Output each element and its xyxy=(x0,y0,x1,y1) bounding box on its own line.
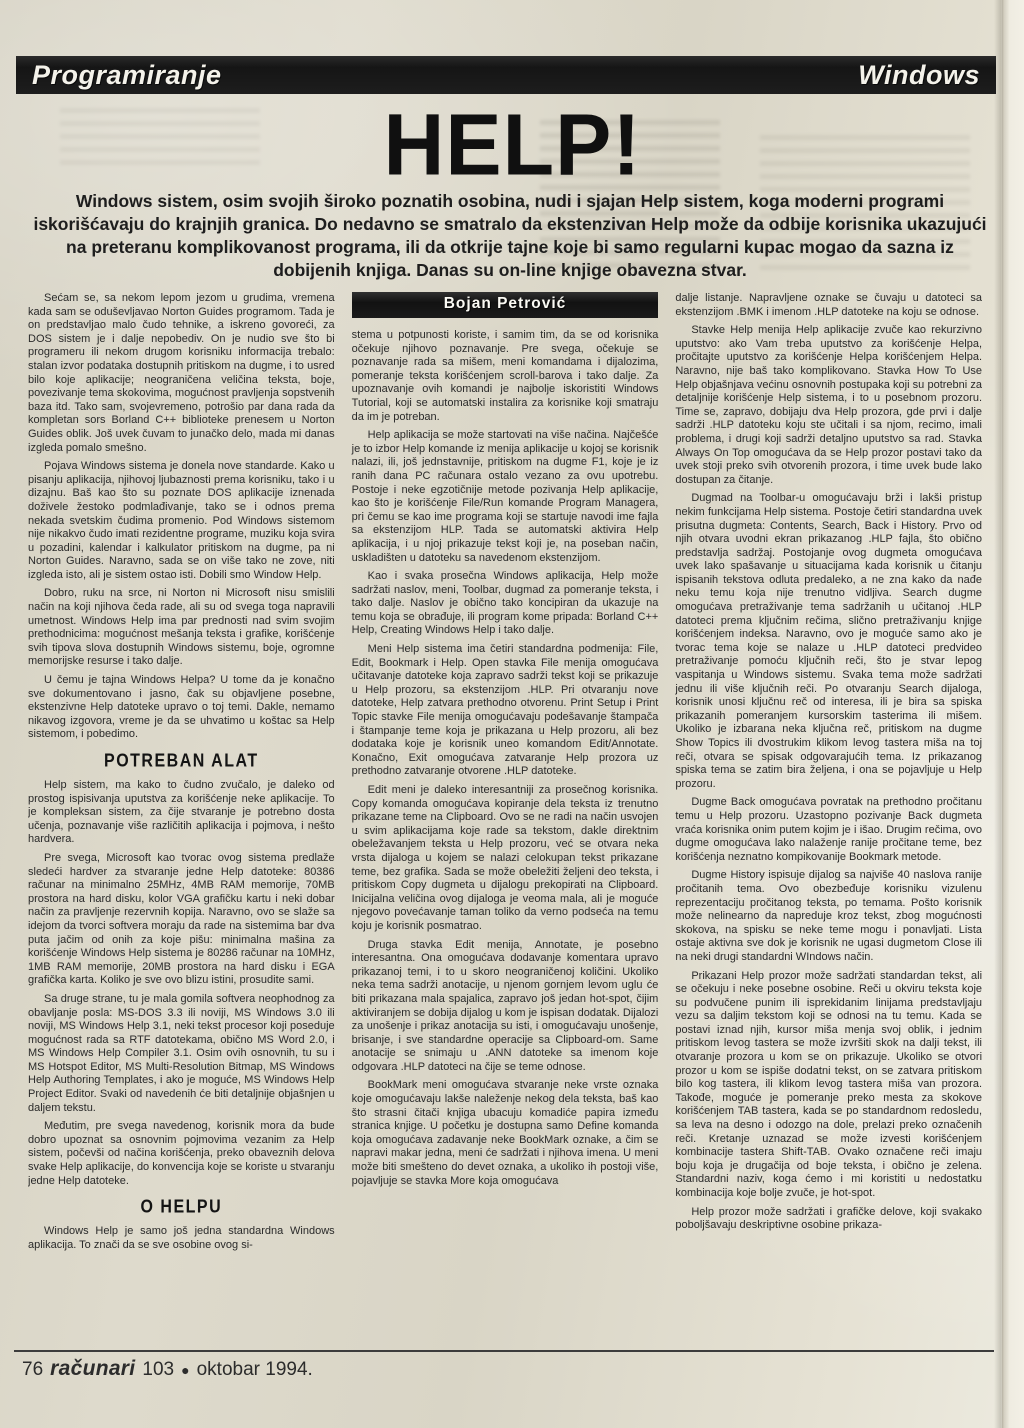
article-title: HELP! xyxy=(383,94,641,196)
magazine-page: Programiranje Windows HELP! Windows sist… xyxy=(0,0,1024,1428)
section-heading: POTREBAN ALAT xyxy=(28,752,335,773)
footer-rule xyxy=(14,1350,994,1352)
issue-number: 103 xyxy=(142,1359,174,1380)
column-right: dalje listanje. Napravljene oznake se ču… xyxy=(675,292,982,1344)
column-middle: Bojan Petrović stema u potpunosti korist… xyxy=(352,292,659,1344)
body-paragraph: BookMark meni omogućava stvaranje neke v… xyxy=(352,1079,659,1188)
header-band: Programiranje Windows xyxy=(16,56,996,94)
body-paragraph: Dugme History ispisuje dijalog sa najviš… xyxy=(675,869,982,964)
title-wrap: HELP! xyxy=(0,94,1024,185)
bullet-separator: ● xyxy=(181,1362,189,1378)
column-middle-text: stema u potpunosti koriste, i samim tim,… xyxy=(352,329,659,1188)
author-byline: Bojan Petrović xyxy=(352,292,659,318)
page-footer: 76računari103●oktobar 1994. xyxy=(22,1357,320,1381)
body-paragraph: Kao i svaka prosečna Windows aplikacija,… xyxy=(352,570,659,638)
body-paragraph: Sećam se, sa nekom lepom jezom u grudima… xyxy=(28,292,335,455)
adjacent-page-edge xyxy=(1002,0,1024,1428)
body-paragraph: Međutim, pre svega navedenog, korisnik m… xyxy=(28,1120,335,1188)
column-left: Sećam se, sa nekom lepom jezom u grudima… xyxy=(28,292,335,1344)
body-paragraph: Help aplikacija se može startovati na vi… xyxy=(352,429,659,565)
body-paragraph: Dugmad na Toolbar-u omogućavaju brži i l… xyxy=(675,492,982,791)
section-label: Programiranje xyxy=(32,60,222,91)
body-paragraph: Dobro, ruku na srce, ni Norton ni Micros… xyxy=(28,587,335,669)
body-paragraph: dalje listanje. Napravljene oznake se ču… xyxy=(675,292,982,319)
body-paragraph: Sa druge strane, tu je mala gomila softv… xyxy=(28,993,335,1115)
issue-date: oktobar 1994. xyxy=(197,1359,313,1380)
body-paragraph: U čemu je tajna Windows Helpa? U tome da… xyxy=(28,674,335,742)
body-paragraph: Help prozor može sadržati i grafičke del… xyxy=(675,1206,982,1233)
body-paragraph: Help sistem, ma kako to čudno zvučalo, j… xyxy=(28,779,335,847)
body-paragraph: Druga stavka Edit menija, Annotate, je p… xyxy=(352,939,659,1075)
magazine-name: računari xyxy=(50,1357,135,1380)
body-paragraph: Dugme Back omogućava povratak na prethod… xyxy=(675,796,982,864)
body-paragraph: Windows Help je samo još jedna standardn… xyxy=(28,1225,335,1252)
category-label: Windows xyxy=(858,60,980,91)
article-lead: Windows sistem, osim svojih široko pozna… xyxy=(26,190,994,282)
body-paragraph: Pojava Windows sistema je donela nove st… xyxy=(28,460,335,582)
section-heading: O HELPU xyxy=(28,1198,335,1219)
body-paragraph: Meni Help sistema ima četiri standardna … xyxy=(352,643,659,779)
body-paragraph: Pre svega, Microsoft kao tvorac ovog sis… xyxy=(28,852,335,988)
body-paragraph: stema u potpunosti koriste, i samim tim,… xyxy=(352,329,659,424)
page-number: 76 xyxy=(22,1359,43,1380)
body-paragraph: Prikazani Help prozor može sadržati stan… xyxy=(675,970,982,1201)
body-paragraph: Stavke Help menija Help aplikacije zvuče… xyxy=(675,324,982,487)
article-body: Sećam se, sa nekom lepom jezom u grudima… xyxy=(28,292,982,1344)
body-paragraph: Edit meni je daleko interesantniji za pr… xyxy=(352,784,659,934)
page-fold-shadow xyxy=(994,0,1004,1428)
